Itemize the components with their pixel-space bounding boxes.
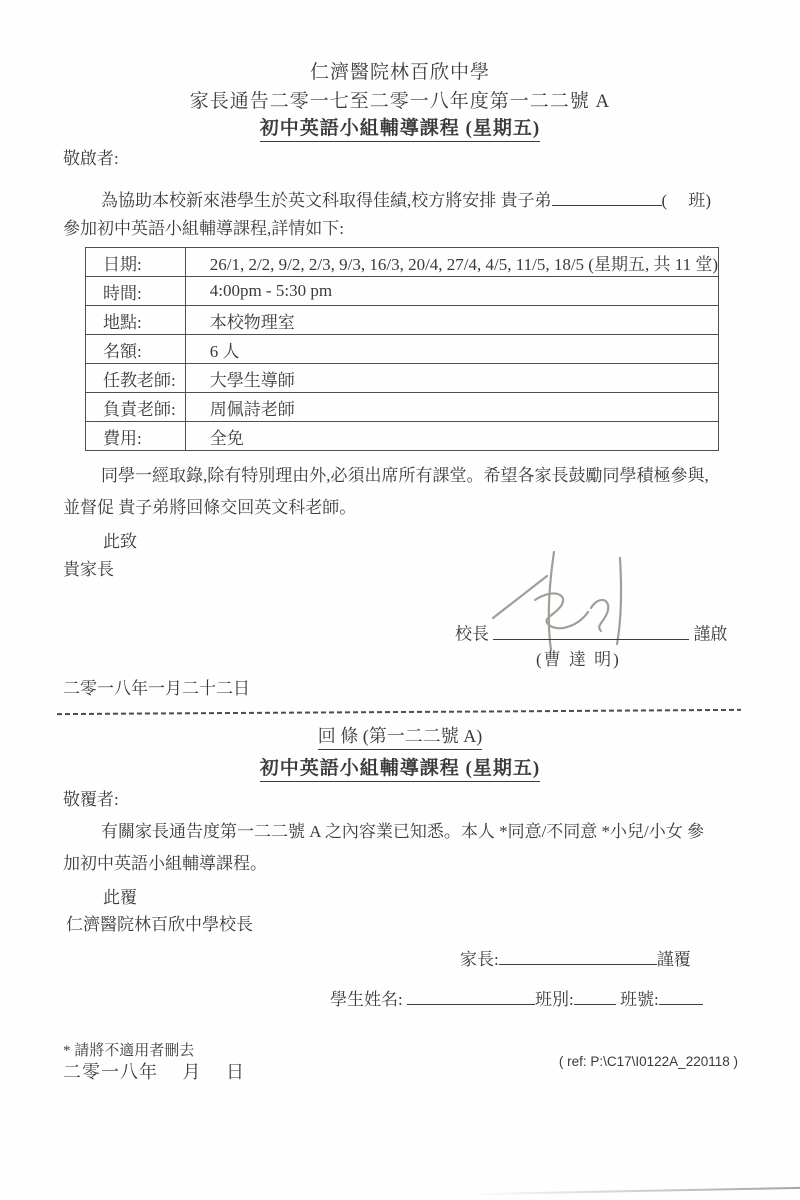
table-row: 費用: 全免 <box>86 422 719 451</box>
notice-number: 家長通告二零一七至二零一八年度第一二二號 A <box>0 86 800 113</box>
row-label: 日期: <box>86 248 186 277</box>
reply-addressee: 仁濟醫院林百欣中學校長 <box>66 915 253 935</box>
student-info-row: 學生姓名: 班別: 班號: <box>330 986 703 1010</box>
row-label: 任教老師: <box>86 364 186 393</box>
class-number-blank-field <box>659 986 703 1005</box>
footnote: * 請將不適用者刪去 <box>63 1042 194 1060</box>
closing-cizhi: 此致 <box>103 532 137 552</box>
row-label: 時間: <box>86 277 186 306</box>
student-name-blank <box>552 187 662 206</box>
reply-title: 回 條 (第一二二號 A) <box>318 726 483 750</box>
class-number-label: 班號: <box>620 990 659 1009</box>
reply-line-1: 有關家長通告度第一二二號 A 之內容業已知悉。本人 *同意/不同意 *小兒/小女… <box>101 822 704 842</box>
parent-label: 家長: <box>460 950 499 969</box>
student-name-label: 學生姓名: <box>330 990 403 1009</box>
notice-title: 初中英語小組輔導課程 (星期五) <box>260 113 540 142</box>
table-row: 負責老師: 周佩詩老師 <box>86 393 719 422</box>
closing-recipient: 貴家長 <box>63 560 114 580</box>
row-value: 全免 <box>185 422 718 451</box>
reply-line-2: 加初中英語小組輔導課程。 <box>63 854 267 874</box>
intro-line-1-tail: ( 班) <box>662 191 712 210</box>
principal-line: 校長 謹啟 <box>455 620 728 645</box>
row-value: 大學生導師 <box>185 364 718 393</box>
reply-salutation: 敬覆者: <box>63 790 119 810</box>
notice-title-wrap: 初中英語小組輔導課程 (星期五) <box>0 113 800 142</box>
principal-label: 校長 <box>455 625 489 644</box>
parent-honorific: 謹覆 <box>657 950 691 969</box>
table-row: 名額: 6 人 <box>86 335 719 364</box>
remarks-line-2: 並督促 貴子弟將回條交回英文科老師。 <box>63 498 356 518</box>
details-table-wrap: 日期: 26/1, 2/2, 9/2, 2/3, 9/3, 16/3, 20/4… <box>85 247 719 451</box>
principal-signature-line <box>493 620 689 640</box>
row-value: 26/1, 2/2, 9/2, 2/3, 9/3, 16/3, 20/4, 27… <box>185 248 718 277</box>
remarks-line-1: 同學一經取錄,除有特別理由外,必須出席所有課堂。希望各家長鼓勵同學積極參與, <box>101 466 709 486</box>
intro-line-2: 參加初中英語小組輔導課程,詳情如下: <box>63 219 344 239</box>
student-name-blank-field <box>407 986 535 1005</box>
details-table: 日期: 26/1, 2/2, 9/2, 2/3, 9/3, 16/3, 20/4… <box>85 247 719 451</box>
table-row: 地點: 本校物理室 <box>86 306 719 335</box>
table-row: 任教老師: 大學生導師 <box>86 364 719 393</box>
row-value: 本校物理室 <box>185 306 718 335</box>
reply-subtitle-wrap: 初中英語小組輔導課程 (星期五) <box>0 753 800 782</box>
cut-line <box>57 709 741 715</box>
row-value: 4:00pm - 5:30 pm <box>185 277 718 306</box>
table-row: 時間: 4:00pm - 5:30 pm <box>86 277 719 306</box>
class-blank-field <box>574 986 616 1005</box>
principal-name: (曹 達 明) <box>536 650 621 670</box>
row-label: 名額: <box>86 335 186 364</box>
salutation: 敬啟者: <box>63 149 119 169</box>
reply-title-wrap: 回 條 (第一二二號 A) <box>0 726 800 750</box>
scan-artifact <box>470 1187 800 1195</box>
row-value: 周佩詩老師 <box>185 393 718 422</box>
reply-subtitle: 初中英語小組輔導課程 (星期五) <box>260 753 540 782</box>
row-label: 地點: <box>86 306 186 335</box>
document-ref: ( ref: P:\C17\I0122A_220118 ) <box>559 1054 738 1069</box>
parent-signature-row: 家長:謹覆 <box>460 946 691 970</box>
reply-date: 二零一八年 月 日 <box>63 1062 245 1084</box>
class-label: 班別: <box>535 990 574 1009</box>
issue-date: 二零一八年一月二十二日 <box>63 679 250 699</box>
closing-cifu: 此覆 <box>103 888 137 908</box>
row-label: 費用: <box>86 422 186 451</box>
table-row: 日期: 26/1, 2/2, 9/2, 2/3, 9/3, 16/3, 20/4… <box>86 248 719 277</box>
intro-line-1: 為協助本校新來港學生於英文科取得佳績,校方將安排 貴子弟( 班) <box>101 187 711 211</box>
school-name: 仁濟醫院林百欣中學 <box>0 57 800 84</box>
row-value: 6 人 <box>185 335 718 364</box>
intro-line-1-text: 為協助本校新來港學生於英文科取得佳績,校方將安排 貴子弟 <box>101 191 552 210</box>
principal-honorific: 謹啟 <box>694 625 728 644</box>
scanned-notice-page: 仁濟醫院林百欣中學 家長通告二零一七至二零一八年度第一二二號 A 初中英語小組輔… <box>0 0 800 1200</box>
row-label: 負責老師: <box>86 393 186 422</box>
parent-signature-blank <box>499 946 657 965</box>
